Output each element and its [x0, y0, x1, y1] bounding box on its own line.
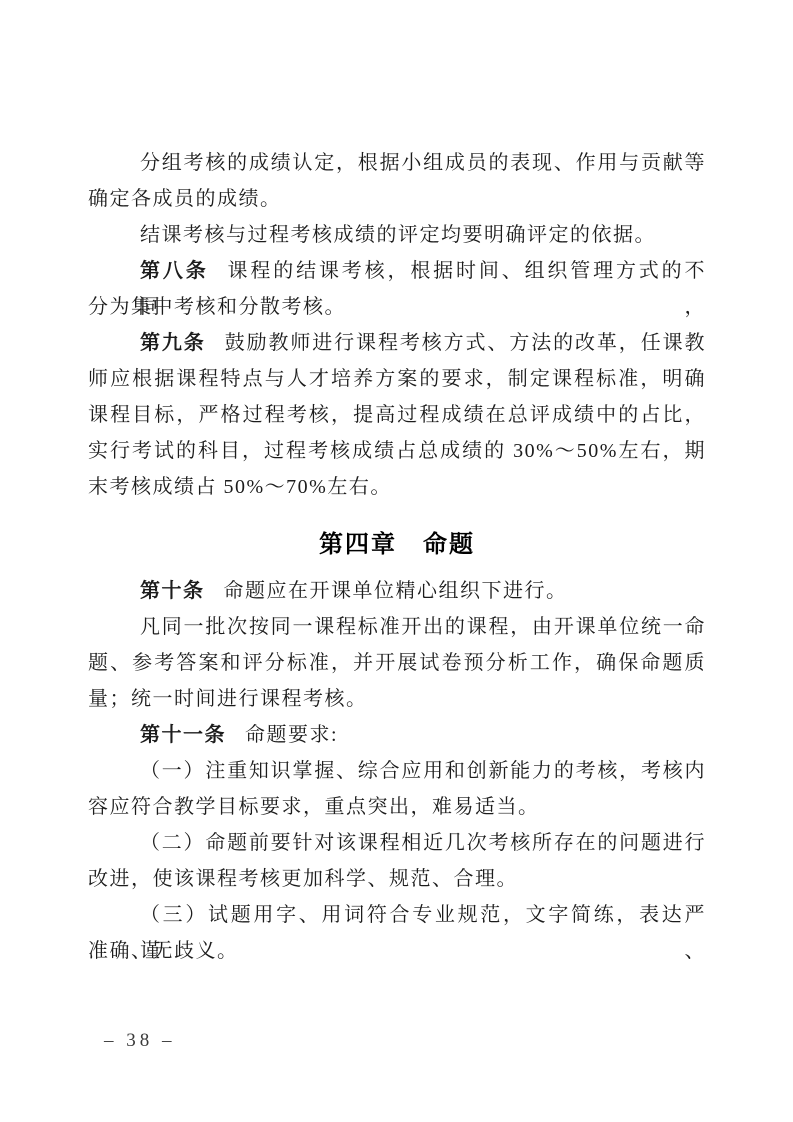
text-line: （三）试题用字、用词符合专业规范，文字简练，表达严谨、 — [88, 897, 706, 933]
document-body: 分组考核的成绩认定，根据小组成员的表现、作用与贡献等 确定各成员的成绩。 结课考… — [88, 145, 706, 969]
article-number: 第九条 — [140, 332, 206, 354]
text-line: 题、参考答案和评分标准，并开展试卷预分析工作，确保命题质 — [88, 645, 706, 681]
document-page: 分组考核的成绩认定，根据小组成员的表现、作用与贡献等 确定各成员的成绩。 结课考… — [0, 0, 793, 1122]
text-line: 第九条鼓励教师进行课程考核方式、方法的改革，任课教 — [88, 325, 706, 361]
text-line: 分组考核的成绩认定，根据小组成员的表现、作用与贡献等 — [88, 145, 706, 181]
text-line: 第十条命题应在开课单位精心组织下进行。 — [88, 573, 706, 609]
text-line: 量；统一时间进行课程考核。 — [88, 681, 706, 717]
text-line: （二）命题前要针对该课程相近几次考核所存在的问题进行 — [88, 825, 706, 861]
chapter-heading: 第四章 命题 — [88, 527, 706, 563]
article-number: 第十条 — [140, 580, 205, 602]
text-line: 末考核成绩占 50%～70%左右。 — [88, 469, 706, 505]
text-line: 凡同一批次按同一课程标准开出的课程，由开课单位统一命 — [88, 609, 706, 645]
text-line: 容应符合教学目标要求，重点突出，难易适当。 — [88, 789, 706, 825]
text-line: 改进，使该课程考核更加科学、规范、合理。 — [88, 861, 706, 897]
text-line: 师应根据课程特点与人才培养方案的要求，制定课程标准，明确 — [88, 361, 706, 397]
article-number: 第八条 — [140, 260, 209, 282]
text-line: 结课考核与过程考核成绩的评定均要明确评定的依据。 — [88, 217, 706, 253]
text-line: （一）注重知识掌握、综合应用和创新能力的考核，考核内 — [88, 753, 706, 789]
text-line: 实行考试的科目，过程考核成绩占总成绩的 30%～50%左右，期 — [88, 433, 706, 469]
article-text: 鼓励教师进行课程考核方式、方法的改革，任课教 — [225, 332, 706, 354]
article-text: 命题应在开课单位精心组织下进行。 — [224, 580, 568, 602]
text-line: 第十一条命题要求: — [88, 717, 706, 753]
text-line: 课程目标，严格过程考核，提高过程成绩在总评成绩中的占比， — [88, 397, 706, 433]
text-line: 第八条课程的结课考核，根据时间、组织管理方式的不同， — [88, 253, 706, 289]
page-number: – 38 – — [104, 1030, 176, 1052]
article-number: 第十一条 — [140, 724, 226, 746]
article-text: 命题要求: — [245, 724, 338, 746]
text-line: 确定各成员的成绩。 — [88, 181, 706, 217]
